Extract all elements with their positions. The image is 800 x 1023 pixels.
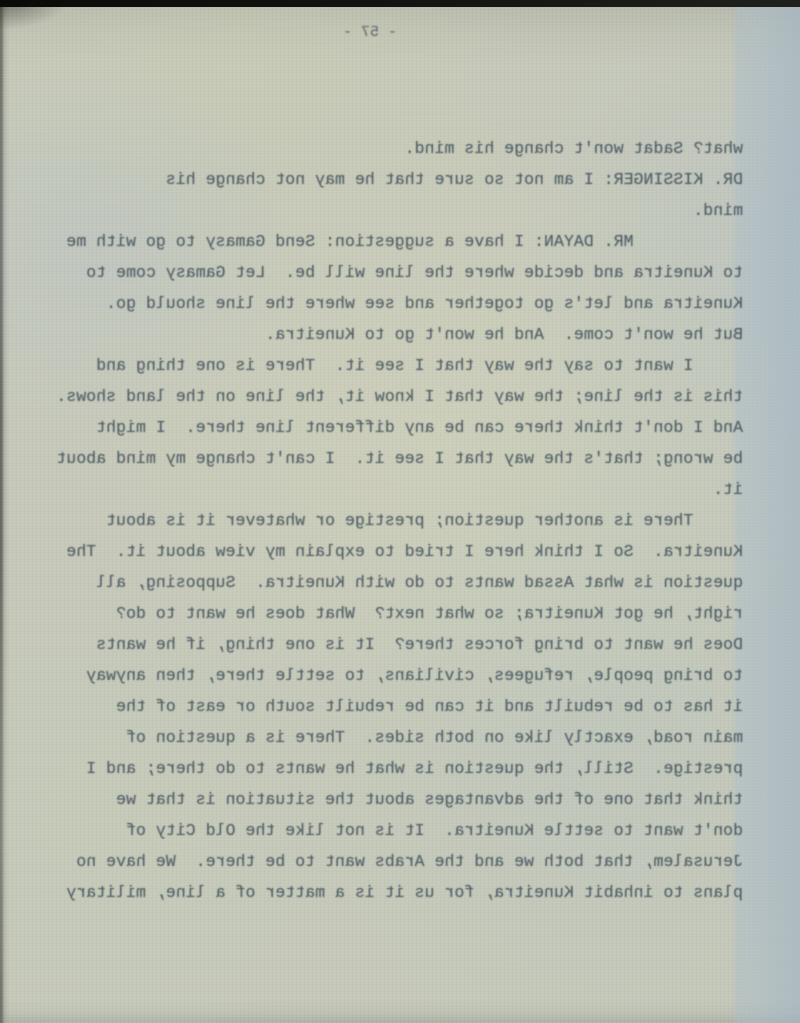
scanned-page: - 57 - what? Sadat won't change his mind…	[0, 0, 800, 1023]
typed-line: what? Sadat won't change his mind.	[43, 133, 743, 164]
typed-line: be wrong; that's the way that I see it. …	[43, 443, 743, 474]
typed-line: But he won't come. And he won't go to Ku…	[43, 319, 743, 350]
typed-line: don't want to settle Kuneitra. It is not…	[43, 815, 743, 846]
typed-line: to bring people, refugees, civilians, to…	[43, 660, 743, 691]
typed-line: right, he got Kuneitra; so what next? Wh…	[43, 598, 743, 629]
page-number: - 57 -	[343, 24, 397, 42]
mirrored-content-layer: - 57 - what? Sadat won't change his mind…	[0, 0, 800, 1023]
typed-line: Jerusalem, that both we and the Arabs wa…	[43, 846, 743, 877]
typed-line: MR. DAYAN: I have a suggestion: Send Gam…	[43, 226, 743, 257]
typed-line: main road, exactly like on both sides. T…	[43, 722, 743, 753]
typed-line: prestige. Still, the question is what he…	[43, 753, 743, 784]
typed-text: what? Sadat won't change his mind. DR. K…	[43, 133, 743, 908]
typed-line: think that one of the advantages about t…	[43, 784, 743, 815]
typed-line: question is what Assad wants to do with …	[43, 567, 743, 598]
typed-line: Kuneitra. So I think here I tried to exp…	[43, 536, 743, 567]
typed-line: There is another question; prestige or w…	[43, 505, 743, 536]
typed-line: it has to be rebuilt and it can be rebui…	[43, 691, 743, 722]
typed-line: DR. KISSINGER: I am not so sure that he …	[43, 164, 743, 195]
typed-line: this is the line; the way that I know it…	[43, 381, 743, 412]
typed-line: Does he want to bring forces there? It i…	[43, 629, 743, 660]
typed-line: I want to say the way that I see it. The…	[43, 350, 743, 381]
typed-line: Kuneitra and let's go together and see w…	[43, 288, 743, 319]
typed-line: it.	[43, 474, 743, 505]
typed-line: mind.	[43, 195, 743, 226]
typed-line: And I don't think there can be any diffe…	[43, 412, 743, 443]
typed-line: to Kuneitra and decide where the line wi…	[43, 257, 743, 288]
typed-line: plans to inhabit Kuneitra, for us it is …	[43, 877, 743, 908]
